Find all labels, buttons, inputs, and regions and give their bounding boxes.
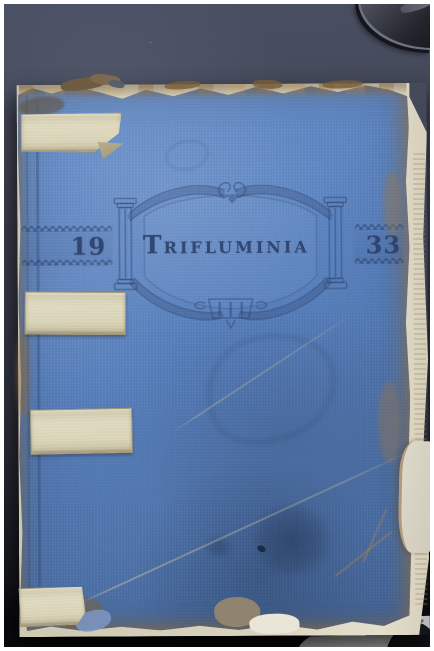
table-edge-arc	[360, 4, 430, 48]
year-right-label: 33	[363, 230, 403, 258]
photo-border: 19 33 TRIFLUMINIA	[0, 0, 434, 651]
year-left-label: 19	[68, 232, 108, 260]
table-edge-highlight	[399, 4, 430, 15]
dust-speck	[150, 42, 151, 43]
torn-cover-patch	[398, 441, 430, 554]
table-background: 19 33 TRIFLUMINIA	[4, 4, 430, 647]
yearbook: 19 33 TRIFLUMINIA	[17, 83, 430, 637]
exposed-page-patch	[249, 612, 300, 635]
binding-tape-strip-4	[19, 586, 87, 628]
edge-wear-mark	[378, 381, 400, 463]
binding-tape-strip-2	[25, 292, 126, 336]
dark-stain	[229, 481, 355, 599]
binding-tape-strip-3	[30, 408, 133, 455]
title-rest: RIFLUMINIA	[164, 238, 310, 258]
title-initial: T	[143, 230, 164, 259]
book-title: TRIFLUMINIA	[126, 229, 326, 260]
edge-wear-mark	[383, 171, 401, 235]
